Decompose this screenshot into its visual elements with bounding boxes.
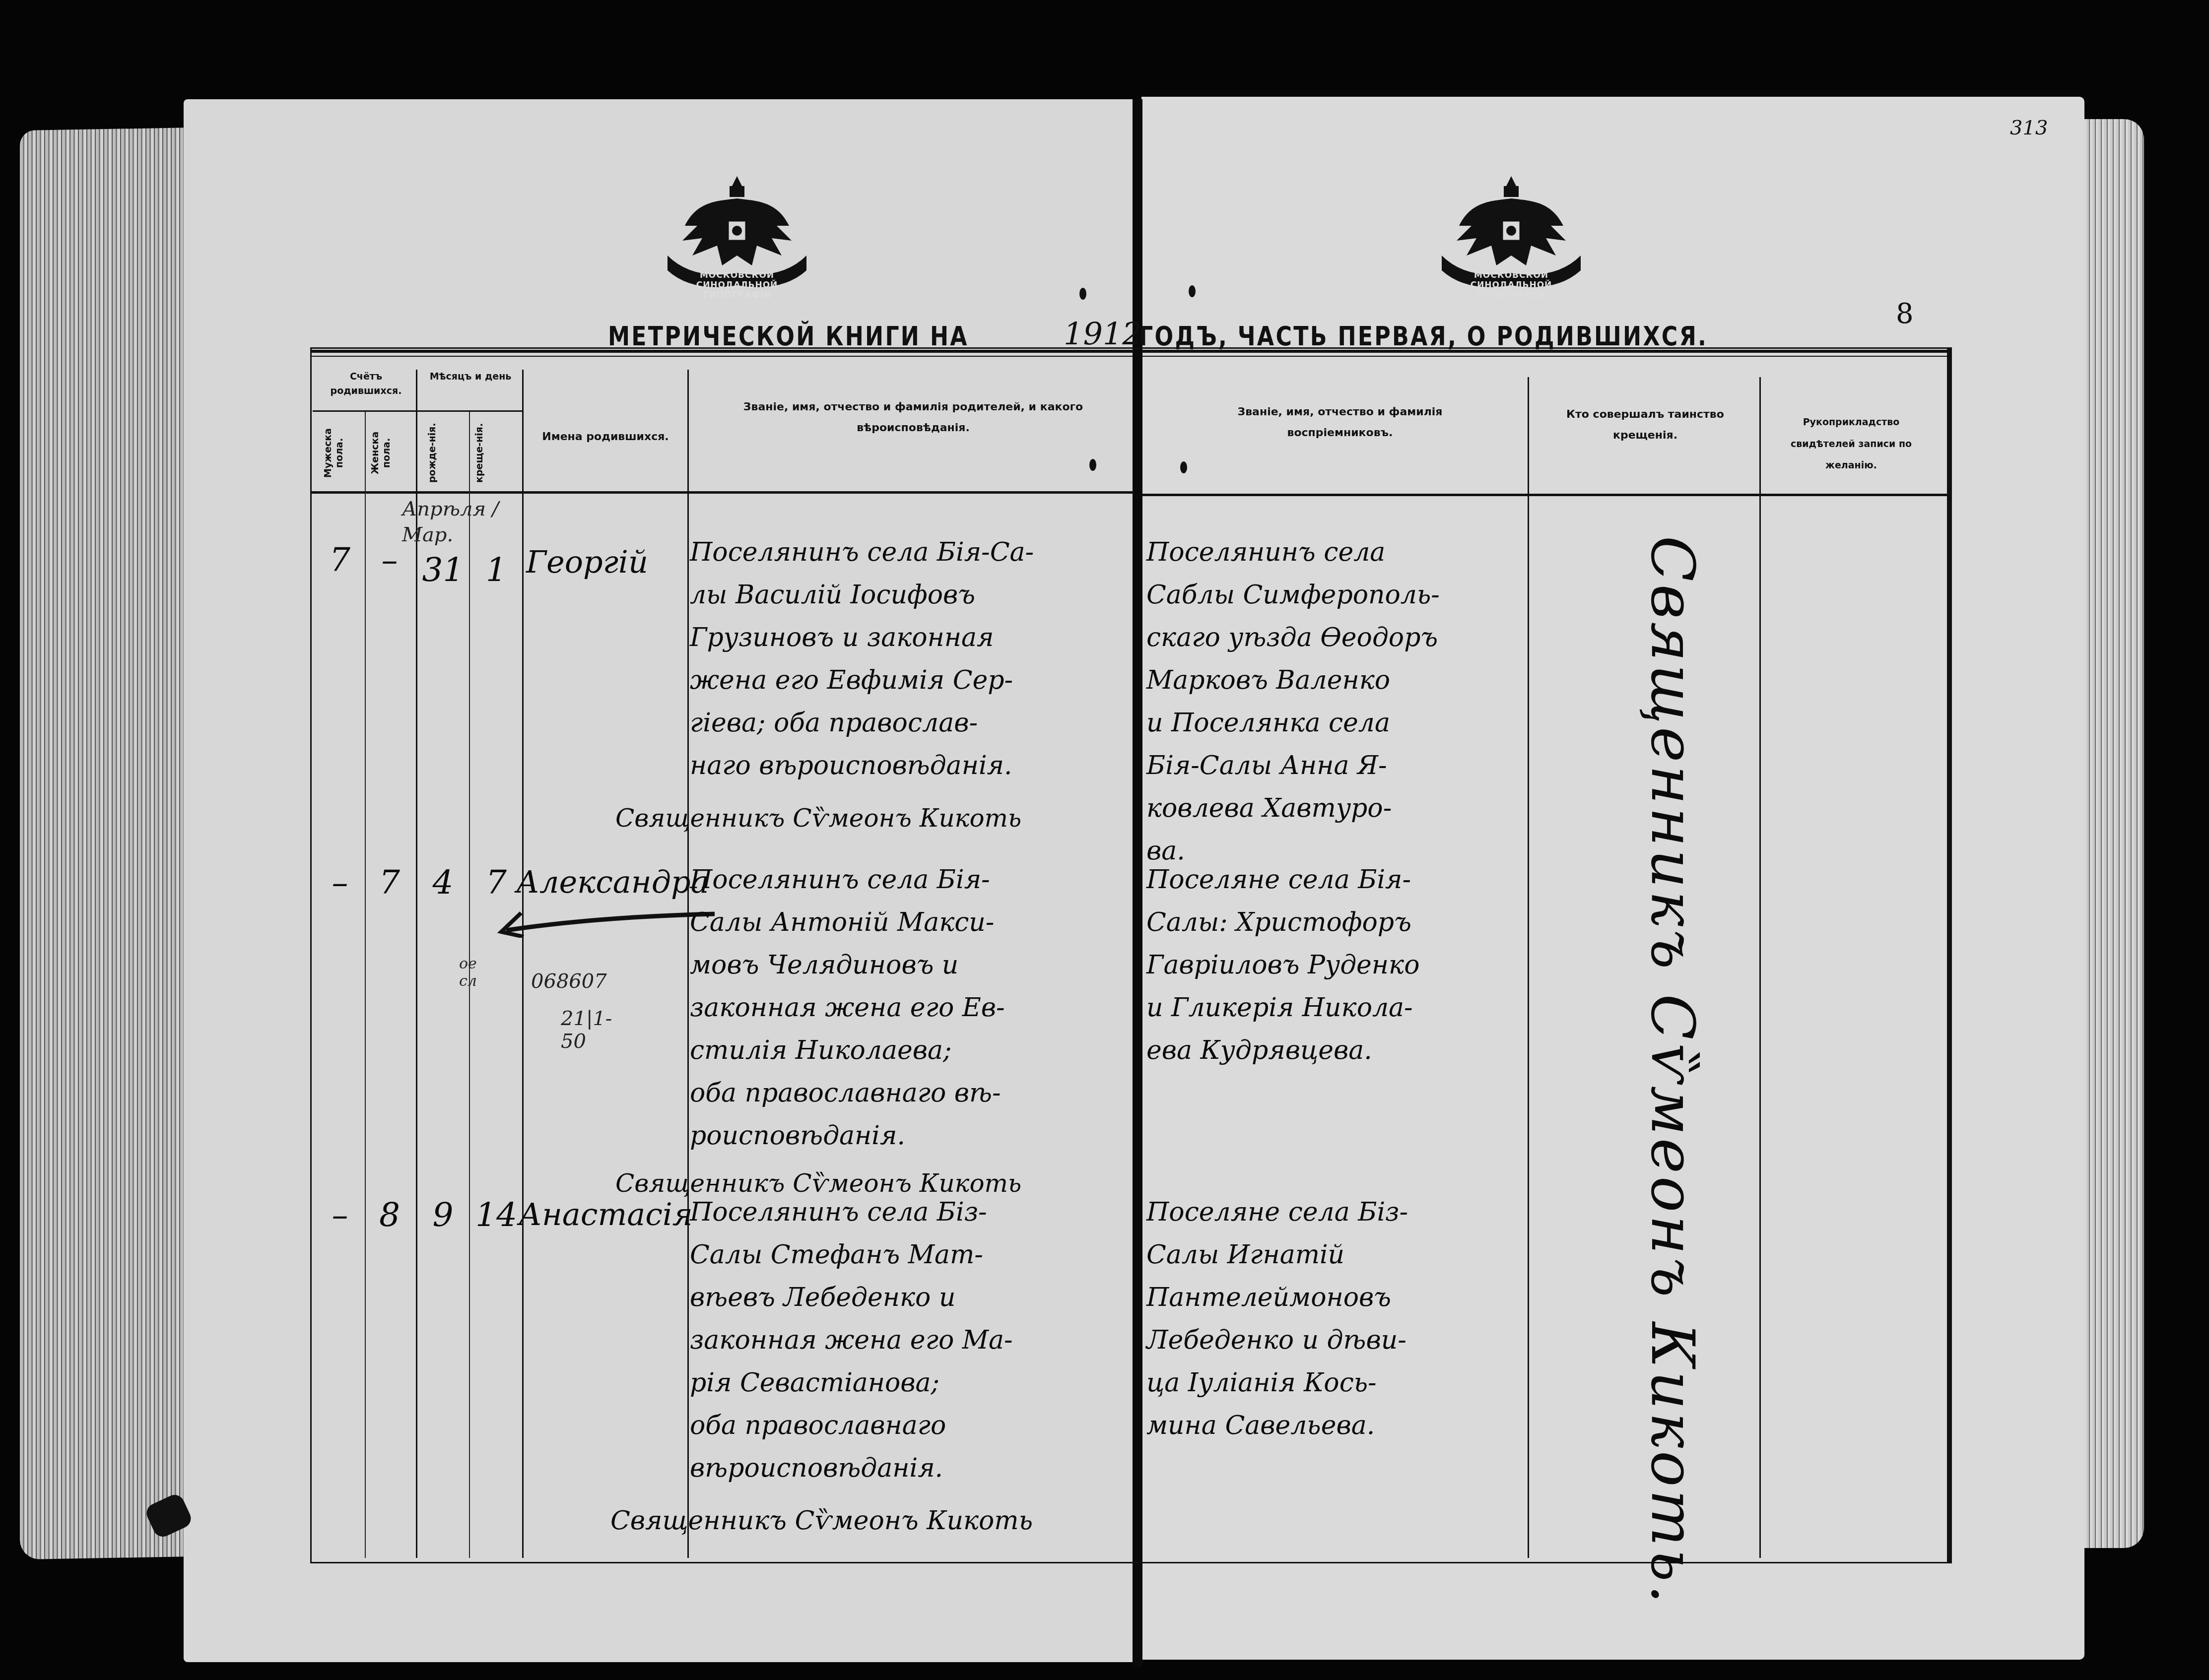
binding-hole <box>1189 285 1196 297</box>
margin-note: ое сл <box>459 955 477 990</box>
correction-arrow-icon <box>496 908 715 938</box>
godparents-line: скаго уѣзда Ѳеодоръ <box>1146 616 1524 659</box>
margin-note-date: 21|1-50 <box>561 1007 612 1053</box>
godparents-line: и Гликерія Никола- <box>1146 986 1524 1029</box>
header-count-female: Женска пола. <box>370 417 412 489</box>
parents-line: Салы Стефанъ Мат- <box>690 1233 1132 1276</box>
child-name: Анастасія <box>519 1193 693 1236</box>
margin-note-number: 068607 <box>531 970 607 993</box>
parents-line: рія Севастіанова; <box>690 1361 1132 1404</box>
parents-line: законная жена его Ев- <box>690 986 1132 1029</box>
godparents-block: Поселяне села Біз- Салы Игнатій Пантелей… <box>1146 1191 1524 1447</box>
godparents-line: Поселяне села Біз- <box>1146 1191 1524 1233</box>
birth-day: 9 <box>417 1196 469 1234</box>
col-divider-godparents-officiant <box>1528 377 1529 1558</box>
col-divider-names-parents <box>687 370 689 1558</box>
header-officiant: Кто совершалъ таинство крещенія. <box>1534 404 1757 446</box>
header-bottom-rule-left <box>310 491 1134 494</box>
header-date-group: Мѣсяцъ и день <box>421 370 520 384</box>
emblem-ribbon-text: МОСКОВСКОЙ СИНОДАЛЬНОЙ ТИПОГРАФІИ <box>668 270 806 300</box>
parents-line: роисповѣданія. <box>690 1114 1132 1157</box>
godparents-line: Саблы Симферополь- <box>1146 574 1524 616</box>
parents-line: Поселянинъ села Біз- <box>690 1191 1132 1233</box>
header-bottom-rule-right <box>1141 494 1948 496</box>
baptism-day: 14 <box>471 1196 521 1234</box>
header-date-baptism: креще-нія. <box>474 417 519 489</box>
col-divider-date-names <box>522 370 524 1558</box>
godparents-line: Пантелеймоновъ <box>1146 1276 1524 1319</box>
godparents-line: Гавріиловъ Руденко <box>1146 944 1524 986</box>
male-count: – <box>318 1196 362 1234</box>
godparents-block: Поселяне села Бія- Салы: Христофоръ Гавр… <box>1146 858 1524 1072</box>
page-number: 8 <box>1896 298 1914 330</box>
officiant-signature-vertical: Священникъ Сѷмеонъ Кикоть. <box>1638 536 1707 1528</box>
binding-hole <box>1079 288 1086 300</box>
month-note: Апрѣля / Мар. <box>402 496 516 548</box>
parents-line: Поселянинъ села Бія- <box>690 858 1132 901</box>
col-divider-officiant-witnesses <box>1759 377 1761 1558</box>
header-count-male: Мужеска пола. <box>323 417 362 489</box>
male-count: – <box>318 863 362 902</box>
godparents-line: Лебеденко и дѣви- <box>1146 1319 1524 1361</box>
parents-line: наго вѣроисповѣданія. <box>690 744 1132 787</box>
header-godparents: Званіе, имя, отчество и фамилія воспріем… <box>1161 402 1519 444</box>
female-count: 8 <box>367 1196 412 1234</box>
parents-line: мовъ Челядиновъ и <box>690 944 1132 986</box>
female-count: 7 <box>367 863 412 902</box>
title-prefix: МЕТРИЧЕСКОЙ КНИГИ НА <box>608 321 969 352</box>
parents-line: Грузиновъ и законная <box>690 616 1132 659</box>
header-names: Имена родившихся. <box>526 427 685 448</box>
header-count-group: Счётъ родившихся. <box>318 370 414 398</box>
baptism-day: 7 <box>471 863 521 902</box>
godparents-line: ева Кудрявцева. <box>1146 1029 1524 1072</box>
header-subgroup-rule <box>313 410 524 412</box>
godparents-line: Поселянинъ села <box>1146 531 1524 574</box>
child-name: Александра <box>516 861 709 904</box>
title-suffix: ГОДЪ, ЧАСТЬ ПЕРВАЯ, О РОДИВШИХСЯ. <box>1139 321 1708 352</box>
col-divider-male-female <box>365 412 366 1558</box>
title-year: 1912 <box>1064 316 1142 352</box>
left-page-edges <box>20 128 199 1559</box>
parents-line: законная жена его Ма- <box>690 1319 1132 1361</box>
baptism-day: 1 <box>471 551 521 589</box>
parents-block: Поселянинъ села Бія-Са- лы Василій Іосиф… <box>690 531 1132 840</box>
godparents-line: Марковъ Валенко <box>1146 659 1524 702</box>
male-count: 7 <box>318 541 362 579</box>
godparents-line: Салы: Христофоръ <box>1146 901 1524 944</box>
priest-signature: Священникъ Сѷмеонъ Кикоть <box>615 797 1132 840</box>
godparents-line: Салы Игнатій <box>1146 1233 1524 1276</box>
parents-line: вѣроисповѣданія. <box>690 1447 1132 1489</box>
godparents-line: ковлева Хавтуро- <box>1146 787 1524 830</box>
parents-line: лы Василій Іосифовъ <box>690 574 1132 616</box>
godparents-line: мина Савельева. <box>1146 1404 1524 1447</box>
parents-line: оба православнаго <box>690 1404 1132 1447</box>
imperial-eagle-emblem-left: МОСКОВСКОЙ СИНОДАЛЬНОЙ ТИПОГРАФІИ <box>663 171 811 300</box>
parents-line: гіева; оба православ- <box>690 702 1132 744</box>
page-title: МЕТРИЧЕСКОЙ КНИГИ НА 1912 ГОДЪ, ЧАСТЬ ПЕ… <box>608 318 1849 357</box>
godparents-line: и Поселянка села <box>1146 702 1524 744</box>
binding-hole <box>1180 461 1187 473</box>
header-parents: Званіе, имя, отчество и фамилія родителе… <box>695 397 1132 439</box>
godparents-line: Поселяне села Бія- <box>1146 858 1524 901</box>
godparents-line: ца Іуліанія Кось- <box>1146 1361 1524 1404</box>
emblem-ribbon-text: МОСКОВСКОЙ СИНОДАЛЬНОЙ ТИПОГРАФІИ <box>1442 270 1581 300</box>
priest-signature: Священникъ Сѷмеонъ Кикоть <box>610 1499 1132 1542</box>
header-witnesses: Рукоприкладство свидѣтелей записи по жел… <box>1764 412 1938 477</box>
binding-hole <box>1089 459 1096 471</box>
col-divider-count-date <box>416 370 417 1558</box>
parents-line: Салы Антоній Макси- <box>690 901 1132 944</box>
godparents-block: Поселянинъ села Саблы Симферополь- скаго… <box>1146 531 1524 872</box>
child-name: Георгій <box>526 541 648 583</box>
right-page-edges <box>2075 119 2144 1548</box>
godparents-line: Бія-Салы Анна Я- <box>1146 744 1524 787</box>
parents-block: Поселянинъ села Біз- Салы Стефанъ Мат- в… <box>690 1191 1132 1542</box>
parents-line: стилія Николаева; <box>690 1029 1132 1072</box>
folio-number: 313 <box>2010 117 2048 139</box>
parents-line: оба православнаго вѣ- <box>690 1072 1132 1114</box>
parents-line: вѣевъ Лебеденко и <box>690 1276 1132 1319</box>
parents-block: Поселянинъ села Бія- Салы Антоній Макси-… <box>690 858 1132 1205</box>
imperial-eagle-emblem-right: МОСКОВСКОЙ СИНОДАЛЬНОЙ ТИПОГРАФІИ <box>1437 171 1586 300</box>
birth-day: 31 <box>417 551 469 589</box>
parents-line: жена его Евфимія Сер- <box>690 659 1132 702</box>
parents-line: Поселянинъ села Бія-Са- <box>690 531 1132 574</box>
birth-day: 4 <box>417 863 469 902</box>
header-date-birth: рожде-нія. <box>427 417 467 489</box>
